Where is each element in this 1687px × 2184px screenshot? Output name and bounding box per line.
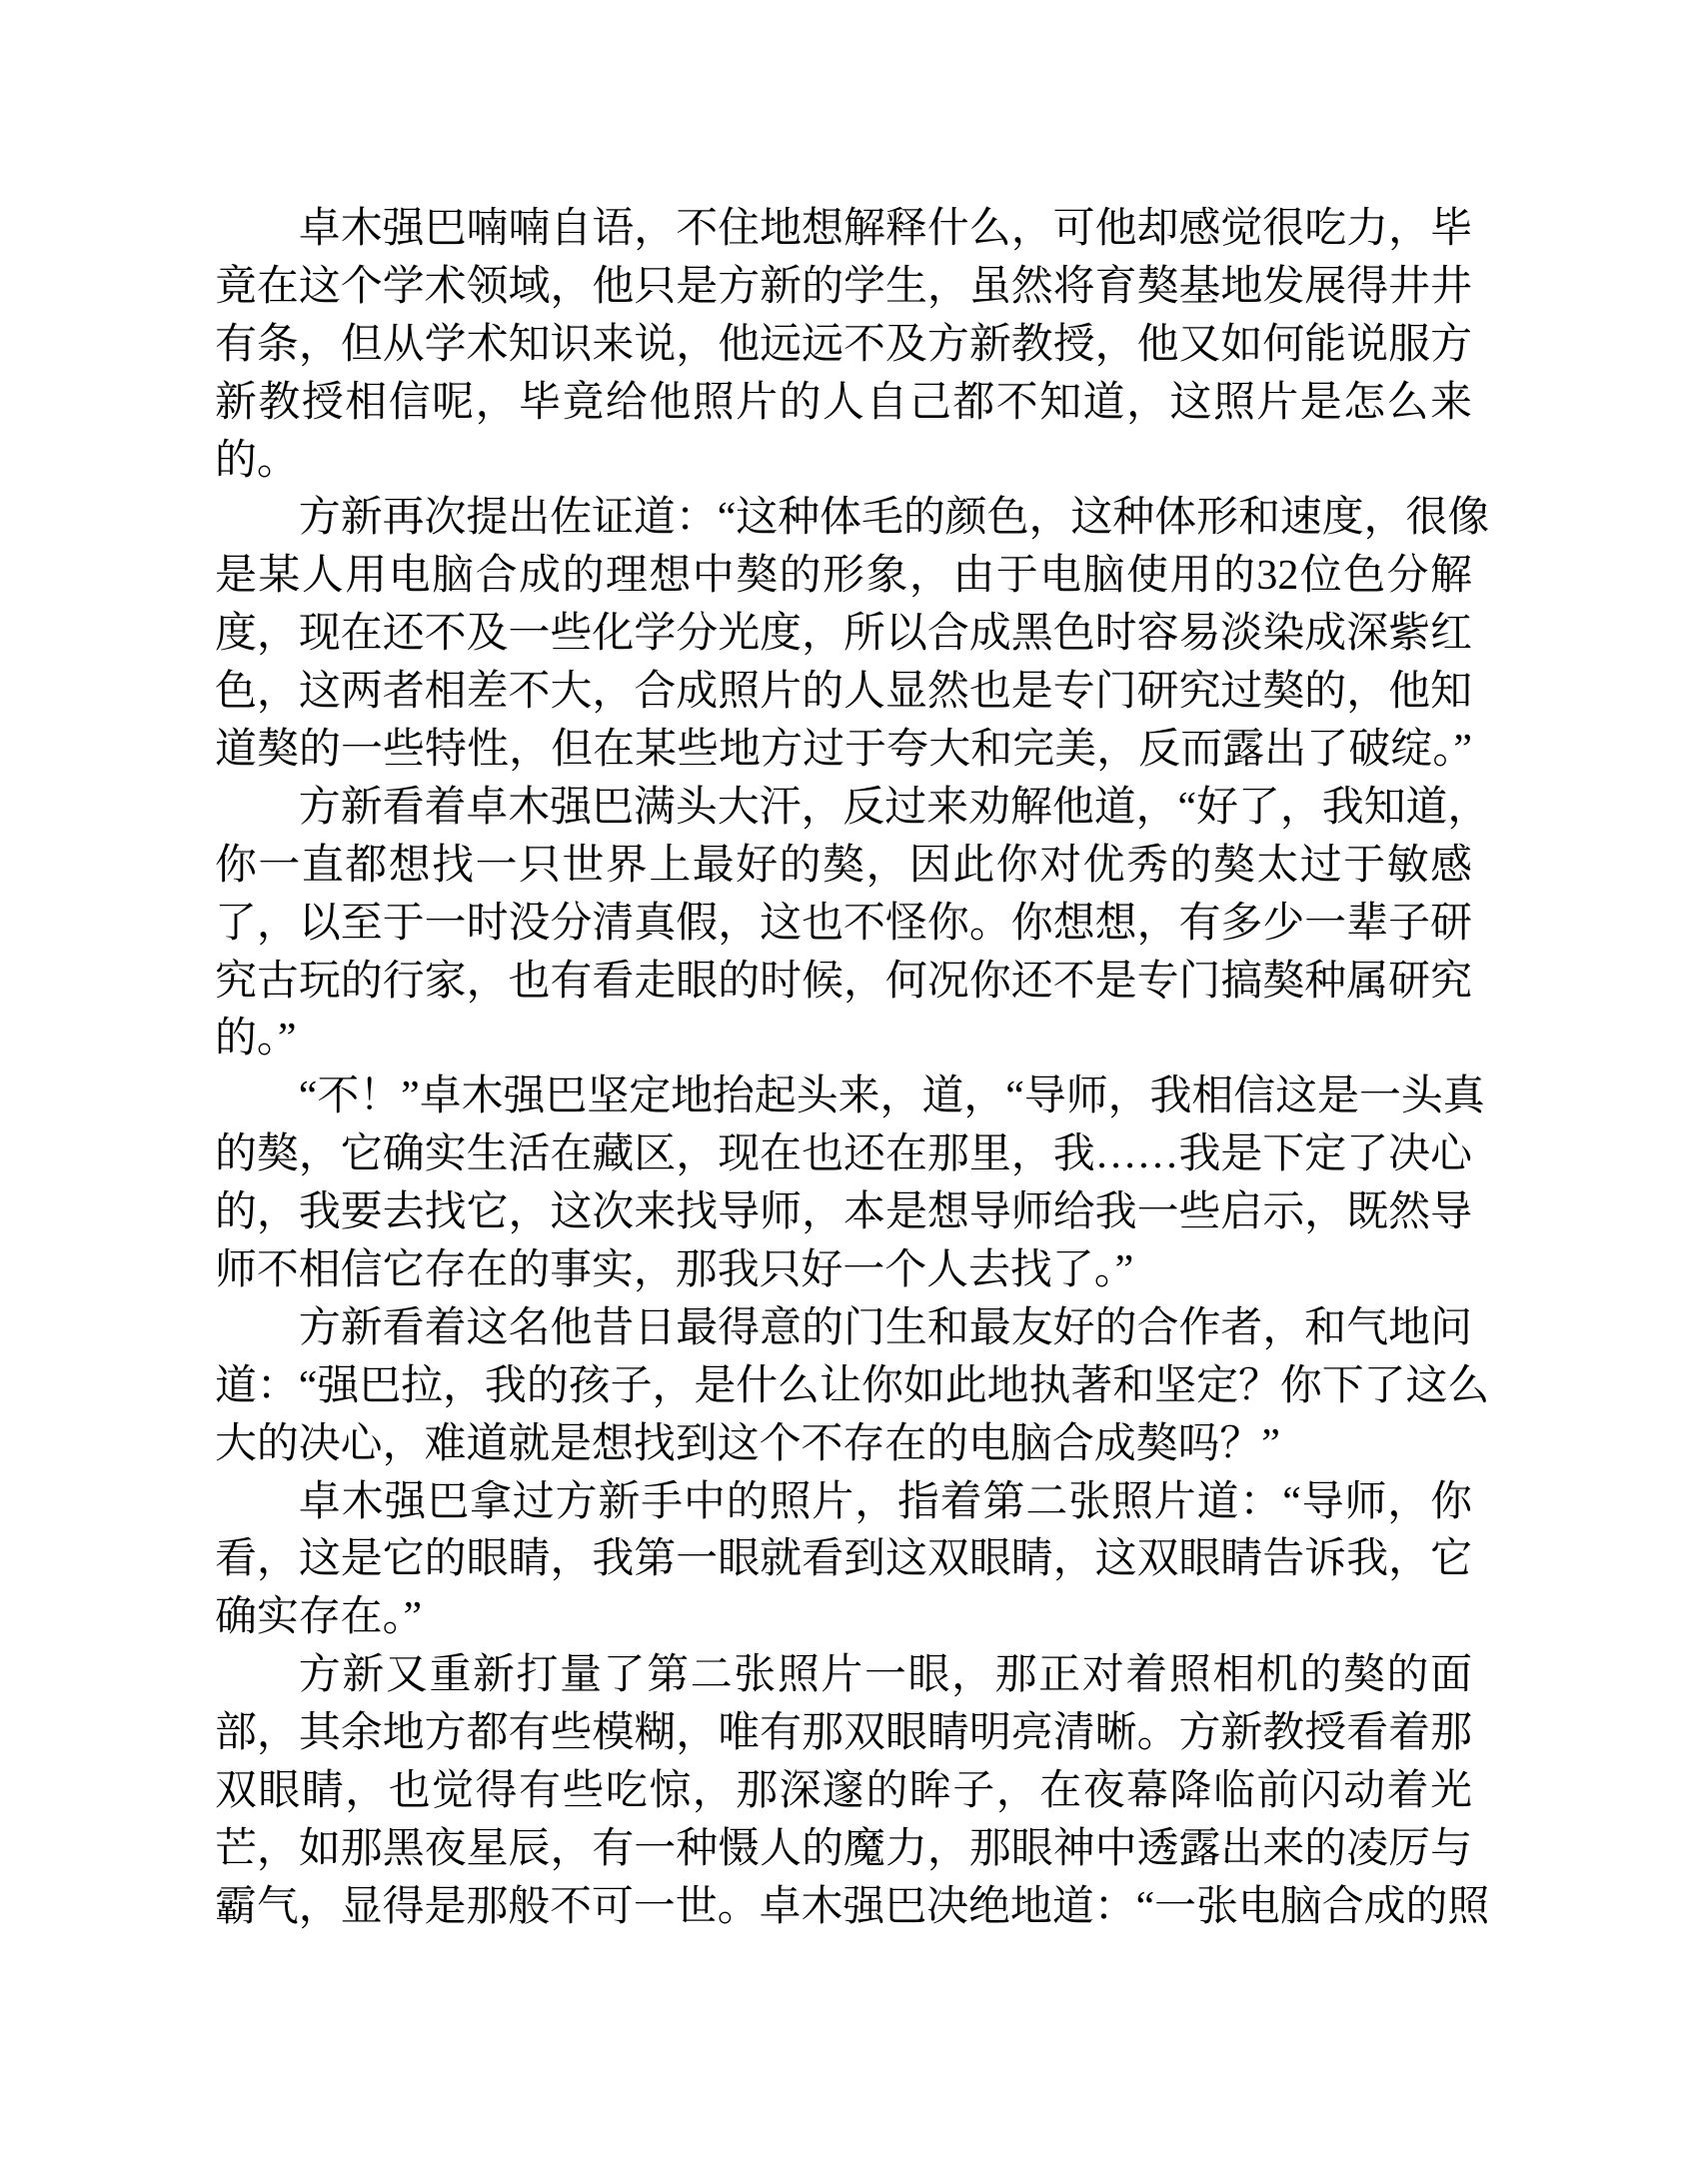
text-line: 你一直都想找一只世界上最好的獒，因此你对优秀的獒太过于敏感 [215, 838, 1472, 896]
text-line: 卓木强巴拿过方新手中的照片，指着第二张照片道：“导师，你 [215, 1474, 1472, 1532]
text-line: 究古玩的行家，也有看走眼的时候，何况你还不是专门搞獒种属研究 [215, 954, 1472, 1012]
text-line: 道獒的一些特性，但在某些地方过于夸大和完美，反而露出了破绽。” [215, 722, 1472, 780]
document-page: 卓木强巴喃喃自语，不住地想解释什么，可他却感觉很吃力，毕 竟在这个学术领域，他只… [215, 201, 1472, 1937]
text-line: 方新又重新打量了第二张照片一眼，那正对着照相机的獒的面 [215, 1647, 1472, 1705]
text-line: 了，以至于一时没分清真假，这也不怪你。你想想，有多少一辈子研 [215, 896, 1472, 954]
text-line: 师不相信它存在的事实，那我只好一个人去找了。” [215, 1242, 1472, 1300]
text-line: 卓木强巴喃喃自语，不住地想解释什么，可他却感觉很吃力，毕 [215, 201, 1472, 259]
text-line: 大的决心，难道就是想找到这个不存在的电脑合成獒吗？” [215, 1416, 1472, 1474]
text-line: “不！”卓木强巴坚定地抬起头来，道，“导师，我相信这是一头真 [215, 1069, 1472, 1126]
text-line: 的，我要去找它，这次来找导师，本是想导师给我一些启示，既然导 [215, 1184, 1472, 1242]
text-line: 的。” [215, 1011, 1472, 1069]
text-line: 霸气，显得是那般不可一世。卓木强巴决绝地道：“一张电脑合成的照 [215, 1879, 1472, 1937]
text-line: 看，这是它的眼睛，我第一眼就看到这双眼睛，这双眼睛告诉我，它 [215, 1531, 1472, 1589]
text-line: 度，现在还不及一些化学分光度，所以合成黑色时容易淡染成深紫红 [215, 606, 1472, 664]
text-line: 方新再次提出佐证道：“这种体毛的颜色，这种体形和速度，很像 [215, 490, 1472, 548]
text-line: 有条，但从学术知识来说，他远远不及方新教授，他又如何能说服方 [215, 317, 1472, 375]
paragraph-3: 方新看着卓木强巴满头大汗，反过来劝解他道，“好了，我知道， 你一直都想找一只世界… [215, 780, 1472, 1069]
text-line: 部，其余地方都有些模糊，唯有那双眼睛明亮清晰。方新教授看着那 [215, 1705, 1472, 1763]
text-line: 道：“强巴拉，我的孩子，是什么让你如此地执著和坚定？你下了这么 [215, 1358, 1472, 1416]
paragraph-5: 方新看着这名他昔日最得意的门生和最友好的合作者，和气地问 道：“强巴拉，我的孩子… [215, 1300, 1472, 1474]
text-line: 竟在这个学术领域，他只是方新的学生，虽然将育獒基地发展得井井 [215, 259, 1472, 317]
text-line: 确实存在。” [215, 1589, 1472, 1647]
text-line: 的。 [215, 433, 1472, 491]
paragraph-6: 卓木强巴拿过方新手中的照片，指着第二张照片道：“导师，你 看，这是它的眼睛，我第… [215, 1474, 1472, 1648]
text-line: 方新看着卓木强巴满头大汗，反过来劝解他道，“好了，我知道， [215, 780, 1472, 838]
paragraph-4: “不！”卓木强巴坚定地抬起头来，道，“导师，我相信这是一头真 的獒，它确实生活在… [215, 1069, 1472, 1300]
paragraph-7: 方新又重新打量了第二张照片一眼，那正对着照相机的獒的面 部，其余地方都有些模糊，… [215, 1647, 1472, 1936]
text-line: 色，这两者相差不大，合成照片的人显然也是专门研究过獒的，他知 [215, 664, 1472, 722]
text-line: 是某人用电脑合成的理想中獒的形象，由于电脑使用的32位色分解 [215, 548, 1472, 606]
text-line: 方新看着这名他昔日最得意的门生和最友好的合作者，和气地问 [215, 1300, 1472, 1358]
text-line: 芒，如那黑夜星辰，有一种慑人的魔力，那眼神中透露出来的凌厉与 [215, 1821, 1472, 1879]
text-line: 双眼睛，也觉得有些吃惊，那深邃的眸子，在夜幕降临前闪动着光 [215, 1763, 1472, 1821]
text-line: 的獒，它确实生活在藏区，现在也还在那里，我……我是下定了决心 [215, 1126, 1472, 1184]
text-line: 新教授相信呢，毕竟给他照片的人自己都不知道，这照片是怎么来 [215, 375, 1472, 433]
paragraph-2: 方新再次提出佐证道：“这种体毛的颜色，这种体形和速度，很像 是某人用电脑合成的理… [215, 490, 1472, 779]
paragraph-1: 卓木强巴喃喃自语，不住地想解释什么，可他却感觉很吃力，毕 竟在这个学术领域，他只… [215, 201, 1472, 490]
